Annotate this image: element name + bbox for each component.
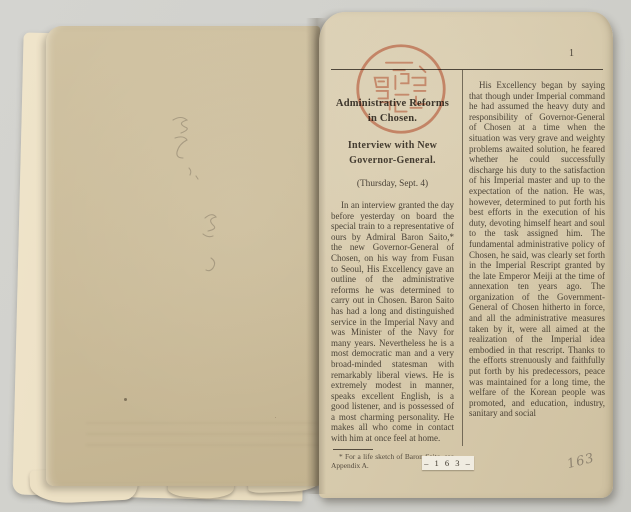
footnote-rule (333, 449, 373, 450)
pencil-annotation (141, 106, 271, 296)
article-subtitle-line1: Interview with New (331, 139, 454, 153)
column-divider-rule (462, 70, 463, 446)
article-dateline: (Thursday, Sept. 4) (331, 179, 454, 189)
paper-specks (46, 26, 47, 27)
handwritten-page-number: 163 (566, 451, 597, 472)
book-scan: 1 Administrative Reforms in Chosen. Inte… (0, 0, 631, 512)
article-title-line2: in Chosen. (331, 112, 454, 126)
pasted-page-number-label: – 1 6 3 – (422, 456, 474, 470)
article-body-left-column: In an interview granted the day before y… (331, 200, 454, 444)
article-body-right-column: His Excellency began by saying that thou… (469, 80, 605, 419)
article-subtitle-line2: Governor-General. (331, 154, 454, 168)
text-show-through (86, 422, 336, 448)
left-column: Administrative Reforms in Chosen. Interv… (331, 70, 454, 471)
page-number: 1 (557, 48, 587, 59)
right-column: His Excellency began by saying that thou… (469, 70, 605, 419)
article-title-line1: Administrative Reforms (331, 97, 454, 111)
left-blank-page (46, 26, 320, 486)
right-page: 1 Administrative Reforms in Chosen. Inte… (319, 12, 613, 498)
